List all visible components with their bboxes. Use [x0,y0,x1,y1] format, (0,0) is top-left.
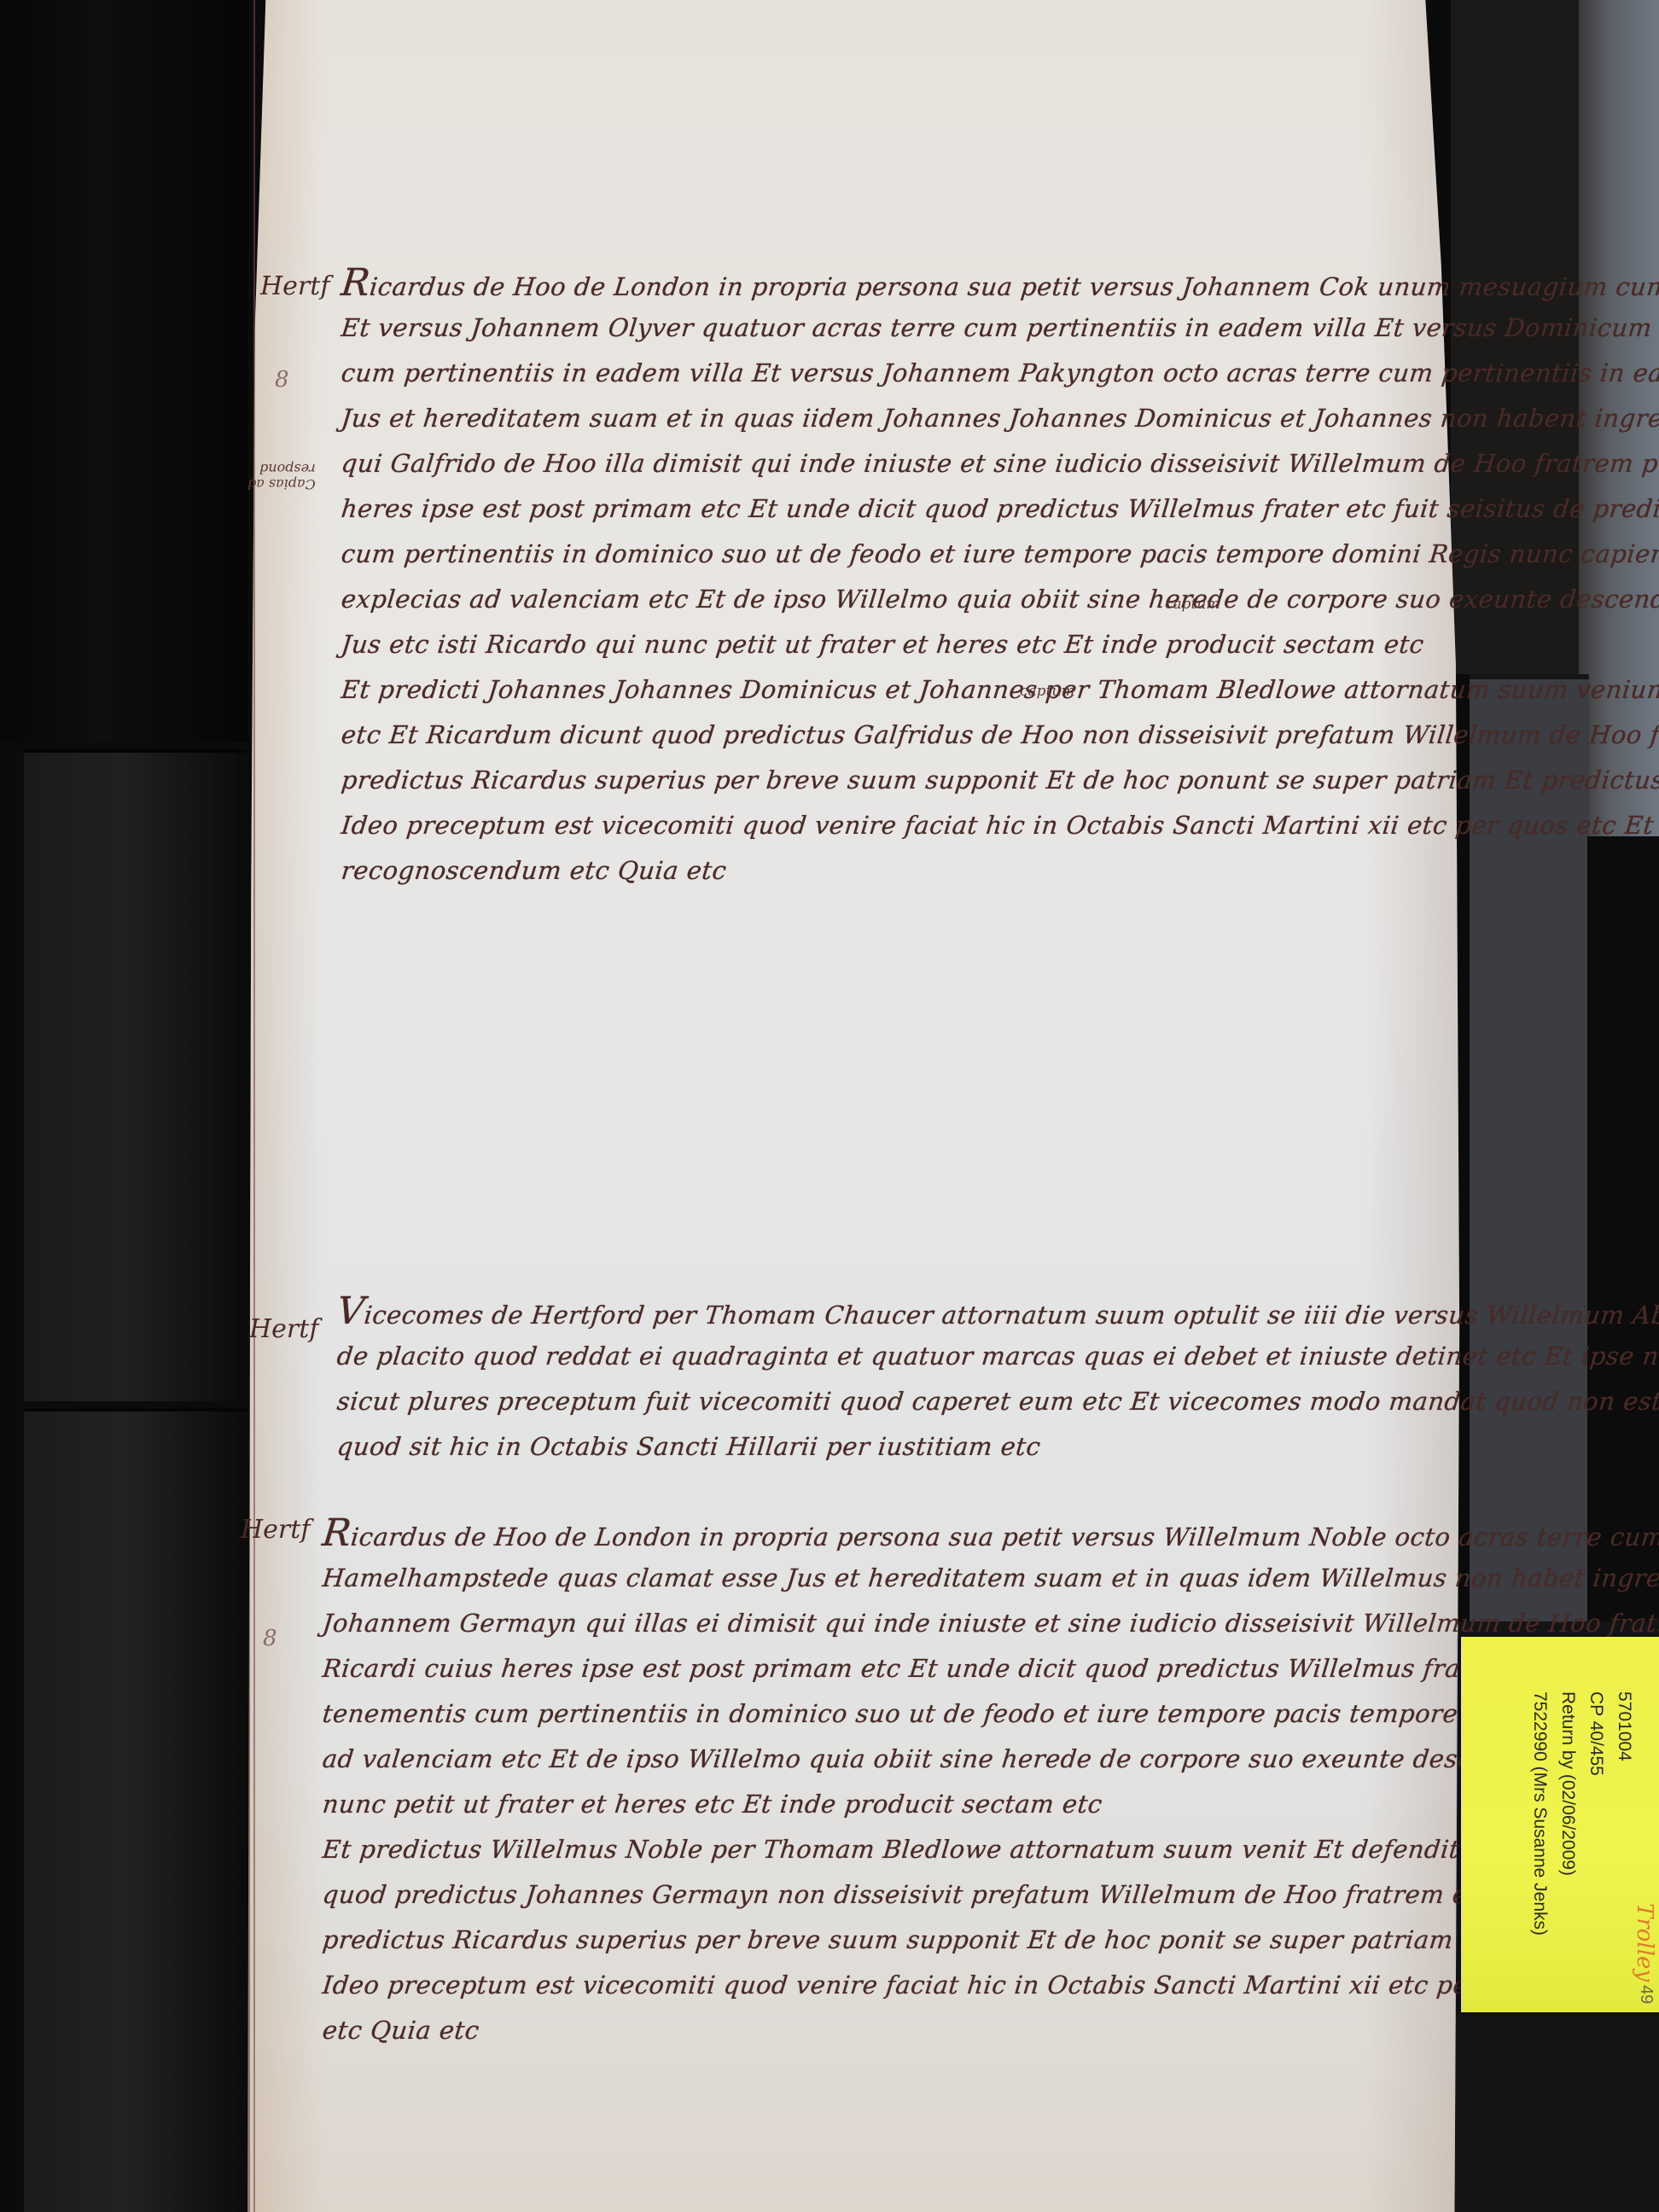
margin-number-entry-3: 8 [263,1626,277,1651]
slip-text-block: 5701004 CP 40/455 Return by (02/06/2009)… [1526,1691,1639,1935]
manuscript-line: quod sit hic in Octabis Sancti Hillarii … [335,1424,1415,1470]
plea-entry-3: Ricardus de Hoo de London in propria per… [323,1511,1432,2053]
manuscript-line: predictus Ricardus superius per breve su… [320,1918,1435,1963]
manuscript-line: Et predictus Willelmus Noble per Thomam … [320,1827,1435,1872]
foam-support-left-middle [24,749,247,1401]
manuscript-line: sicut plures preceptum fuit vicecomiti q… [335,1379,1415,1424]
plea-entry-2: Vicecomes de Hertford per Thomam Chaucer… [337,1289,1412,1470]
foam-support-right-dark [1587,836,1659,1621]
manuscript-line: Ideo preceptum est vicecomiti quod venir… [339,803,1436,848]
manuscript-line: Johannem Germayn qui illas ei dimisit qu… [320,1601,1435,1646]
manuscript-line: heres ipse est post primam etc Et unde d… [339,486,1436,532]
foam-support-left-top [0,0,247,742]
manuscript-line: Jus et hereditatem suam et in quas iidem… [339,396,1436,441]
margin-county-entry-3: Hertf [241,1515,310,1545]
manuscript-line: etc Quia etc [320,2008,1435,2053]
margin-inverted-note-line: respond [247,461,316,476]
slip-page-number: 49 [1636,1985,1656,2004]
manuscript-line: predictus Ricardus superius per breve su… [339,758,1436,803]
manuscript-line: nunc petit ut frater et heres etc Et ind… [320,1782,1435,1827]
manuscript-line: de placito quod reddat ei quadraginta et… [335,1334,1415,1379]
manuscript-line: ad valenciam etc Et de ipso Willelmo qui… [320,1737,1435,1782]
manuscript-line: Jus etc isti Ricardo qui nunc petit ut f… [339,622,1436,667]
manuscript-line: cum pertinentiis in eadem villa Et versu… [339,351,1436,396]
margin-number-entry-1: 8 [275,367,289,393]
slip-handwritten-note: Trolley [1632,1903,1657,1982]
margin-county-entry-1: Hertf [260,271,329,301]
margin-inverted-note: Capias ad respond [247,461,316,492]
manuscript-line: etc Et Ricardum dicunt quod predictus Ga… [339,713,1436,758]
manuscript-line: explecias ad valenciam etc Et de ipso Wi… [339,577,1436,622]
archive-retrieval-slip: 5701004 CP 40/455 Return by (02/06/2009)… [1461,1637,1659,2012]
manuscript-line: qui Galfrido de Hoo illa dimisit qui ind… [339,441,1436,486]
manuscript-line: Et predicti Johannes Johannes Dominicus … [339,667,1436,713]
slip-document-reference: CP 40/455 [1582,1691,1610,1935]
interlinear-insertion: captum [1020,683,1074,700]
manuscript-line: Vicecomes de Hertford per Thomam Chaucer… [335,1289,1415,1334]
manuscript-line: cum pertinentiis in dominico suo ut de f… [339,532,1436,577]
slip-reader-ticket: 7522990 (Mrs Susanne Jenks) [1526,1691,1554,1935]
interlinear-insertion: captum [1165,596,1220,613]
slip-rotated-content: 5701004 CP 40/455 Return by (02/06/2009)… [1461,1637,1659,2012]
parchment-ruled-edge [253,0,255,2212]
manuscript-line: Ideo preceptum est vicecomiti quod venir… [320,1963,1435,2008]
slip-return-date: Return by (02/06/2009) [1554,1691,1582,1935]
margin-county-entry-2: Hertf [249,1314,318,1344]
manuscript-line: Ricardus de Hoo de London in propria per… [320,1511,1435,1556]
manuscript-line: recognoscendum etc Quia etc [339,848,1436,894]
manuscript-line: tenementis cum pertinentiis in dominico … [320,1691,1435,1737]
margin-inverted-note-line: Capias ad [247,476,316,492]
manuscript-line: Ricardus de Hoo de London in propria per… [339,260,1436,306]
slip-reference-number: 5701004 [1610,1691,1639,1935]
plea-entry-1: Ricardus de Hoo de London in propria per… [341,260,1434,894]
manuscript-line: Ricardi cuius heres ipse est post primam… [320,1646,1435,1691]
manuscript-line: Hamelhampstede quas clamat esse Jus et h… [320,1556,1435,1601]
manuscript-line: Et versus Johannem Olyver quatuor acras … [339,306,1436,351]
manuscript-line: quod predictus Johannes Germayn non diss… [320,1872,1435,1918]
foam-support-left-bottom [24,1408,247,2212]
